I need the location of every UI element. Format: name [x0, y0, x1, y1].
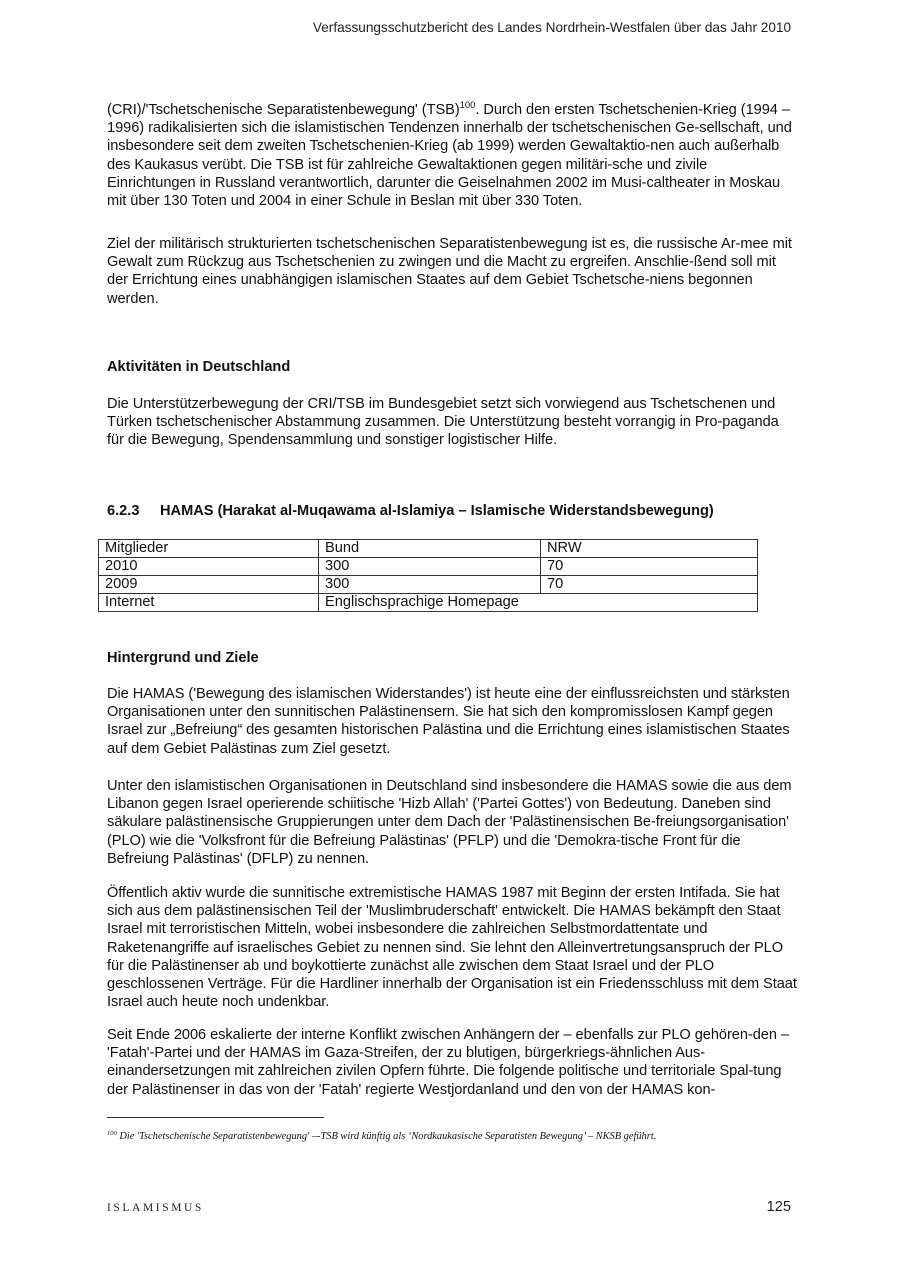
footnote-number: 100	[107, 1130, 117, 1137]
table-header-cell: Bund	[319, 540, 541, 558]
table-cell-nrw: 70	[541, 558, 758, 576]
running-header: Verfassungsschutzbericht des Landes Nord…	[313, 20, 791, 35]
activities-paragraph: Die Unterstützerbewegung der CRI/TSB im …	[107, 395, 797, 450]
intro-text-rest: . Durch den ersten Tschetschenien-Krieg …	[107, 102, 792, 209]
members-table: Mitglieder Bund NRW 2010 300 70 2009 300…	[98, 539, 758, 612]
table-cell-year: 2009	[99, 576, 319, 594]
background-paragraph-3: Öffentlich aktiv wurde die sunnitische e…	[107, 884, 797, 1011]
footnote: 100 Die 'Tschetschenische Separatistenbe…	[107, 1131, 656, 1142]
background-paragraph-2: Unter den islamistischen Organisationen …	[107, 777, 797, 868]
table-header-cell: NRW	[541, 540, 758, 558]
footnote-divider	[107, 1117, 324, 1118]
table-cell-year: 2010	[99, 558, 319, 576]
page-number: 125	[767, 1199, 791, 1215]
table-row-internet: Internet Englischsprachige Homepage	[99, 594, 758, 612]
table-header-cell: Mitglieder	[99, 540, 319, 558]
background-heading: Hintergrund und Ziele	[107, 650, 259, 666]
table-cell-bund: 300	[319, 558, 541, 576]
footnote-text: Die 'Tschetschenische Separatistenbewegu…	[117, 1131, 657, 1142]
intro-paragraph-1: (CRI)/'Tschetschenische Separatistenbewe…	[107, 101, 797, 210]
table-cell-bund: 300	[319, 576, 541, 594]
section-number: 6.2.3	[107, 503, 160, 519]
background-paragraph-1: Die HAMAS ('Bewegung des islamischen Wid…	[107, 685, 797, 758]
section-title: HAMAS (Harakat al-Muqawama al-Islamiya –…	[160, 503, 714, 519]
footer-chapter: ISLAMISMUS	[107, 1202, 204, 1214]
table-row: 2009 300 70	[99, 576, 758, 594]
intro-text-start: (CRI)/'Tschetschenische Separatistenbewe…	[107, 102, 460, 118]
footnote-reference[interactable]: 100	[460, 100, 476, 111]
background-paragraph-4: Seit Ende 2006 eskalierte der interne Ko…	[107, 1026, 797, 1099]
intro-paragraph-2: Ziel der militärisch strukturierten tsch…	[107, 235, 797, 308]
table-cell-nrw: 70	[541, 576, 758, 594]
table-cell-internet-label: Internet	[99, 594, 319, 612]
table-row: 2010 300 70	[99, 558, 758, 576]
document-page: Verfassungsschutzbericht des Landes Nord…	[0, 0, 900, 1272]
table-header-row: Mitglieder Bund NRW	[99, 540, 758, 558]
section-heading: 6.2.3HAMAS (Harakat al-Muqawama al-Islam…	[107, 503, 714, 519]
table-cell-internet-value: Englischsprachige Homepage	[319, 594, 758, 612]
activities-heading: Aktivitäten in Deutschland	[107, 359, 290, 375]
